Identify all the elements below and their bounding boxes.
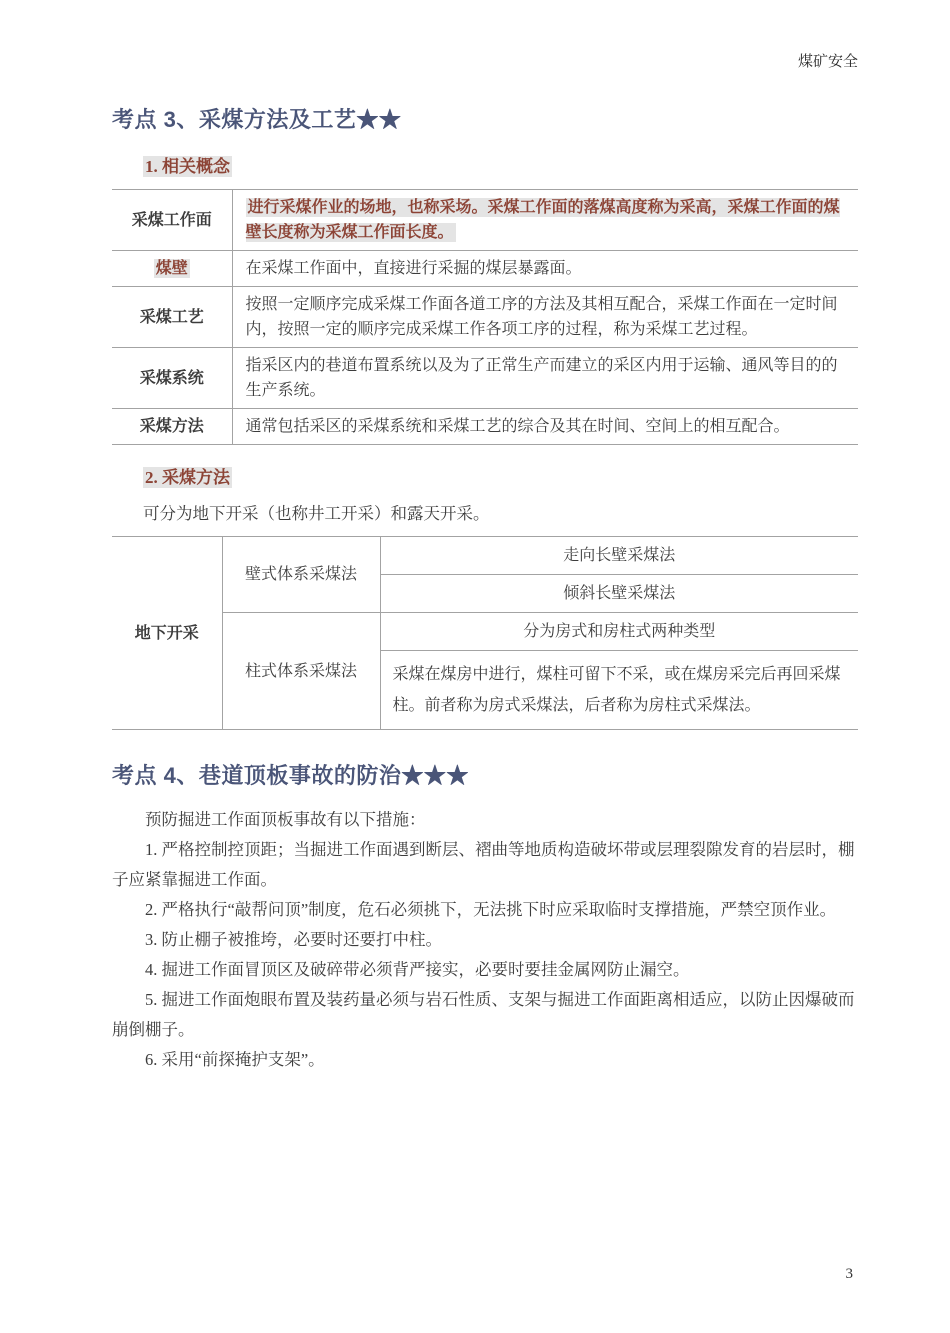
root-method-cell: 地下开采 [112, 537, 222, 730]
measure-item: 4. 掘进工作面冒顶区及破碎带必须背严接实，必要时要挂金属网防止漏空。 [112, 955, 858, 985]
measure-item: 2. 严格执行“敲帮问顶”制度，危石必须挑下，无法挑下时应采取临时支撑措施，严禁… [112, 895, 858, 925]
pillar-system-label: 柱式体系采煤法 [245, 663, 357, 680]
mining-methods-table: 地下开采 壁式体系采煤法 走向长壁采煤法 倾斜长壁采煤法 [112, 536, 858, 730]
concept-label: 采煤工作面 [132, 212, 212, 229]
table-row: 采煤工艺 按照一定顺序完成采煤工作面各道工序的方法及其相互配合，采煤工作面在一定… [112, 287, 858, 348]
pillar-system-cell: 柱式体系采煤法 [222, 613, 380, 730]
document-page: 煤矿安全 考点 3、采煤方法及工艺★★ 1. 相关概念 采煤工作面 进行采煤作业… [0, 0, 950, 1333]
table-row: 采煤系统 指采区内的巷道布置系统以及为了正常生产而建立的采区内用于运输、通风等目… [112, 348, 858, 409]
concept-value: 通常包括采区的采煤系统和采煤工艺的综合及其在时间、空间上的相互配合。 [246, 418, 790, 435]
table-row: 采煤方法 通常包括采区的采煤系统和采煤工艺的综合及其在时间、空间上的相互配合。 [112, 409, 858, 445]
concept-value-cell: 通常包括采区的采煤系统和采煤工艺的综合及其在时间、空间上的相互配合。 [232, 409, 858, 445]
concept-value-highlighted: 进行采煤作业的场地，也称采场。采煤工作面的落煤高度称为采高，采煤工作面的煤壁长度… [246, 198, 840, 242]
concept-label-cell: 采煤工艺 [112, 287, 232, 348]
wall-item-cell: 走向长壁采煤法 [380, 537, 858, 575]
pillar-item-cell: 分为房式和房柱式两种类型 [380, 613, 858, 651]
table-row: 煤壁 在采煤工作面中，直接进行采掘的煤层暴露面。 [112, 251, 858, 287]
wall-system-cell: 壁式体系采煤法 [222, 537, 380, 613]
section4-heading: 考点 4、巷道顶板事故的防治★★★ [112, 762, 858, 790]
concept-value: 按照一定顺序完成采煤工作面各道工序的方法及其相互配合，采煤工作面在一定时间内，按… [246, 296, 838, 338]
concept-label-cell: 煤壁 [112, 251, 232, 287]
table-row: 地下开采 壁式体系采煤法 走向长壁采煤法 [112, 537, 858, 575]
measure-item: 3. 防止棚子被推垮，必要时还要打中柱。 [112, 925, 858, 955]
concept-value-cell: 按照一定顺序完成采煤工作面各道工序的方法及其相互配合，采煤工作面在一定时间内，按… [232, 287, 858, 348]
measures-intro: 预防掘进工作面顶板事故有以下措施： [112, 805, 858, 835]
concept-value-cell: 进行采煤作业的场地，也称采场。采煤工作面的落煤高度称为采高，采煤工作面的煤壁长度… [232, 190, 858, 251]
pillar-item-description: 采煤在煤房中进行，煤柱可留下不采，或在煤房采完后再回采煤柱。前者称为房式采煤法，… [393, 666, 841, 714]
concept-label: 采煤工艺 [140, 309, 204, 326]
sub1-heading: 1. 相关概念 [143, 155, 858, 179]
concept-label: 采煤系统 [140, 370, 204, 387]
table-row: 柱式体系采煤法 分为房式和房柱式两种类型 [112, 613, 858, 651]
page-number: 3 [846, 1266, 854, 1283]
wall-item-label: 走向长壁采煤法 [563, 547, 675, 564]
measure-item: 5. 掘进工作面炮眼布置及装药量必须与岩石性质、支架与掘进工作面距离相适应，以防… [112, 985, 858, 1045]
page-content: 煤矿安全 考点 3、采煤方法及工艺★★ 1. 相关概念 采煤工作面 进行采煤作业… [0, 0, 950, 1075]
page-header: 煤矿安全 [112, 52, 858, 72]
wall-system-label: 壁式体系采煤法 [245, 566, 357, 583]
wall-item-label: 倾斜长壁采煤法 [563, 585, 675, 602]
concept-value: 在采煤工作面中，直接进行采掘的煤层暴露面。 [246, 260, 582, 277]
pillar-item-cell: 采煤在煤房中进行，煤柱可留下不采，或在煤房采完后再回采煤柱。前者称为房式采煤法，… [380, 651, 858, 730]
sub2-heading: 2. 采煤方法 [143, 466, 858, 490]
measure-item: 6. 采用“前探掩护支架”。 [112, 1045, 858, 1075]
sub2-heading-label: 2. 采煤方法 [143, 467, 232, 488]
section3-heading: 考点 3、采煤方法及工艺★★ [112, 106, 858, 134]
concept-label-highlighted: 煤壁 [154, 259, 190, 278]
concept-value-cell: 在采煤工作面中，直接进行采掘的煤层暴露面。 [232, 251, 858, 287]
concepts-table: 采煤工作面 进行采煤作业的场地，也称采场。采煤工作面的落煤高度称为采高，采煤工作… [112, 189, 858, 445]
header-title: 煤矿安全 [798, 54, 858, 70]
sub1-heading-label: 1. 相关概念 [143, 156, 232, 177]
table-row: 采煤工作面 进行采煤作业的场地，也称采场。采煤工作面的落煤高度称为采高，采煤工作… [112, 190, 858, 251]
concept-label-cell: 采煤系统 [112, 348, 232, 409]
pillar-item-label: 分为房式和房柱式两种类型 [523, 623, 715, 640]
concept-value-cell: 指采区内的巷道布置系统以及为了正常生产而建立的采区内用于运输、通风等目的的生产系… [232, 348, 858, 409]
concept-label-cell: 采煤工作面 [112, 190, 232, 251]
root-method-label: 地下开采 [135, 625, 199, 642]
mining-methods-intro: 可分为地下开采（也称井工开采）和露天开采。 [112, 500, 858, 527]
wall-item-cell: 倾斜长壁采煤法 [380, 575, 858, 613]
concept-value: 指采区内的巷道布置系统以及为了正常生产而建立的采区内用于运输、通风等目的的生产系… [246, 357, 838, 399]
concept-label: 采煤方法 [140, 418, 204, 435]
concept-label-cell: 采煤方法 [112, 409, 232, 445]
measure-item: 1. 严格控制控顶距；当掘进工作面遇到断层、褶曲等地质构造破坏带或层理裂隙发育的… [112, 835, 858, 895]
